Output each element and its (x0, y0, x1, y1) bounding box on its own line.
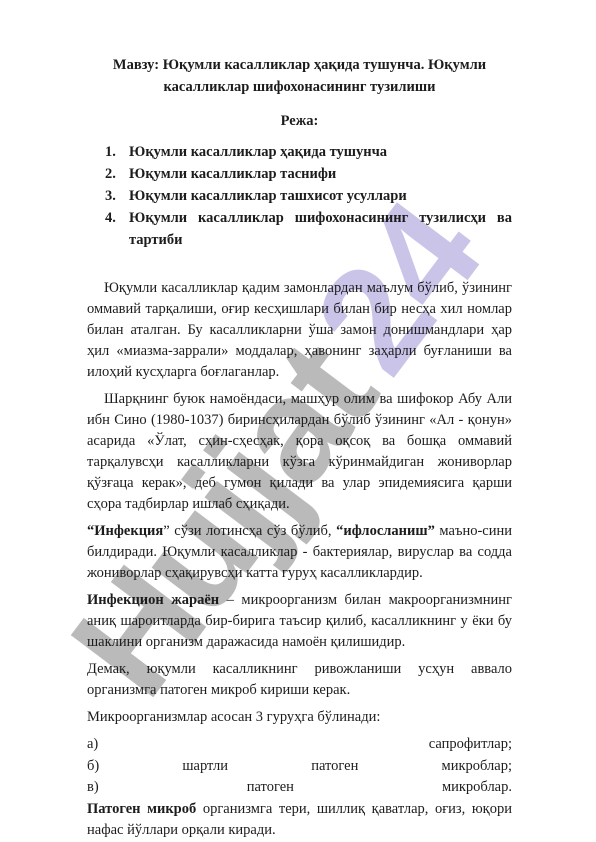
plan-item-1: 1. Юқумли касалликлар ҳақида тушунча (105, 141, 512, 163)
plan-item-4-number: 4. (105, 207, 129, 251)
document-title: Мавзу: Юқумли касалликлар ҳақида тушунча… (87, 54, 512, 98)
group-v-label: в) (87, 777, 99, 799)
plan-item-2: 2. Юқумли касалликлар таснифи (105, 163, 512, 185)
plan-item-4: 4. Юқумли касалликлар шифохонасининг туз… (105, 207, 512, 251)
paragraph-infection-mid: ” сўзи лотинсҳа сўз бўлиб, (163, 523, 336, 539)
group-b-label: б) (87, 756, 99, 778)
plan-item-3: 3. Юқумли касалликлар ташхисот усуллари (105, 185, 512, 207)
paragraph-demak: Демак, юқумли касалликнинг ривожланиши у… (87, 659, 512, 701)
group-row-a: а) сапрофитлар; (87, 734, 512, 756)
document-content: Мавзу: Юқумли касалликлар ҳақида тушунча… (87, 54, 512, 841)
document-page: Hujjat24 Мавзу: Юқумли касалликлар ҳақид… (0, 0, 596, 842)
term-ifloslanish: “ифлосланиш” (336, 523, 435, 539)
group-v-part-2: микроблар. (442, 777, 512, 799)
paragraph-pathogen-entry: Патоген микроб организмга тери, шиллиқ қ… (87, 799, 512, 841)
group-b-part-3: микроблар; (442, 756, 512, 778)
group-a-label: а) (87, 734, 98, 756)
group-a-part-1: сапрофитлар; (429, 734, 512, 756)
plan-item-2-text: Юқумли касалликлар таснифи (129, 163, 512, 185)
plan-heading: Режа: (87, 110, 512, 132)
plan-item-3-number: 3. (105, 185, 129, 207)
group-b-part-2: патоген (311, 756, 358, 778)
paragraph-ibn-sino: Шарқнинг буюк намоёндаси, машҳур олим ва… (87, 389, 512, 515)
paragraph-infection-process: Инфекцион жараён – микроорганизм билан м… (87, 590, 512, 653)
group-row-b: б) шартли патоген микроблар; (87, 756, 512, 778)
term-infection: “Инфекция (87, 523, 163, 539)
plan-item-2-number: 2. (105, 163, 129, 185)
microbe-group-list: а) сапрофитлар; б) шартли патоген микроб… (87, 734, 512, 799)
term-pathogen-microbe: Патоген микроб (87, 801, 196, 817)
document-body: Юқумли касалликлар қадим замонлардан маъ… (87, 278, 512, 841)
group-v-part-1: патоген (247, 777, 294, 799)
paragraph-microorganism-groups: Микроорганизмлар асосан 3 гуруҳга бўлина… (87, 707, 512, 728)
paragraph-history: Юқумли касалликлар қадим замонлардан маъ… (87, 278, 512, 383)
plan-item-1-text: Юқумли касалликлар ҳақида тушунча (129, 141, 512, 163)
paragraph-infection-definition: “Инфекция” сўзи лотинсҳа сўз бўлиб, “ифл… (87, 521, 512, 584)
group-b-part-1: шартли (182, 756, 228, 778)
plan-item-3-text: Юқумли касалликлар ташхисот усуллари (129, 185, 512, 207)
plan-item-1-number: 1. (105, 141, 129, 163)
group-row-v: в) патоген микроблар. (87, 777, 512, 799)
plan-item-4-text: Юқумли касалликлар шифохонасининг тузили… (129, 207, 512, 251)
term-infection-process: Инфекцион жараён (87, 592, 219, 608)
plan-list: 1. Юқумли касалликлар ҳақида тушунча 2. … (105, 141, 512, 251)
